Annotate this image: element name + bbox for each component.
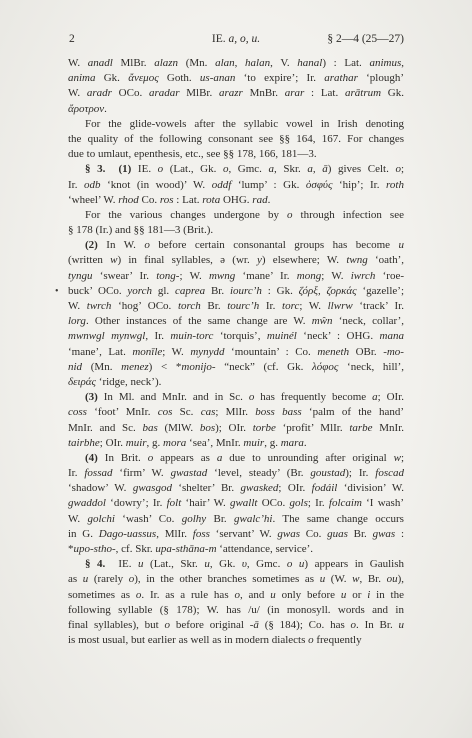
text-line: following syllable (§ 178); W. has /u/ (… — [68, 603, 404, 618]
text-line: Ir. odb ‘knot (in wood)’ W. oddf ‘lump’ … — [68, 178, 404, 193]
text-line: § 178 (Ir.) and §§ 181—3 (Brit.). — [68, 223, 404, 238]
paragraph: § 4. IE. u (Lat., Skr. u, Gk. υ, Gmc. o … — [68, 557, 404, 648]
page-body: W. anadl MlBr. alazn (Mn. alan, halan, V… — [68, 56, 404, 648]
text-line: Ir. fossad ‘firm’ W. gwastad ‘level, ste… — [68, 466, 404, 481]
text-line: (written w) in final syllables, ə (wr. y… — [68, 253, 404, 268]
text-line: as u (rarely o), in the other branches s… — [68, 572, 404, 587]
text-line: W. anadl MlBr. alazn (Mn. alan, halan, V… — [68, 56, 404, 71]
text-line: *upo-stho-, cf. Skr. upa-sthāna-m ‘atten… — [68, 542, 404, 557]
text-line: ‘mane’, Lat. monīle; W. mynydd ‘mountain… — [68, 345, 404, 360]
paragraph: (2) In W. o before certain consonantal g… — [68, 238, 404, 390]
text-line: § 3. (1) IE. o (Lat., Gk. o, Gmc. a, Skr… — [68, 162, 404, 177]
text-line: MnIr. and Sc. bas (MlW. bos); OIr. torbe… — [68, 421, 404, 436]
paragraph: W. anadl MlBr. alazn (Mn. alan, halan, V… — [68, 56, 404, 117]
text-line: in G. Dago-uassus, MlIr. foss ‘servant’ … — [68, 527, 404, 542]
text-line: § 4. IE. u (Lat., Skr. u, Gk. υ, Gmc. o … — [68, 557, 404, 572]
text-line: coss ‘foot’ MnIr. cos Sc. cas; MlIr. bos… — [68, 405, 404, 420]
text-line: ἄροτρον. — [68, 102, 404, 117]
paragraph: (4) In Brit. o appears as a due to unrou… — [68, 451, 404, 557]
text-line: For the various changes undergone by o t… — [68, 208, 404, 223]
paragraph: For the glide-vowels after the syllabic … — [68, 117, 404, 163]
text-line: ‘wheel’ W. rhod Co. ros : Lat. rota OHG.… — [68, 193, 404, 208]
paragraph: § 3. (1) IE. o (Lat., Gk. o, Gmc. a, Skr… — [68, 162, 404, 208]
text-line: the quality of the following consonant s… — [68, 132, 404, 147]
text-line: due to umlaut, epenthesis, etc., see §§ … — [68, 147, 404, 162]
paragraph: For the various changes undergone by o t… — [68, 208, 404, 238]
running-title-roman: IE. — [212, 33, 229, 45]
text-line: tairbhe; OIr. muir, g. mora ‘sea’, MnIr.… — [68, 436, 404, 451]
text-line: tyngu ‘swear’ Ir. tong-; W. mwng ‘mane’ … — [68, 269, 404, 284]
text-line: nid (Mn. menez) < *monijo- “neck” (cf. G… — [68, 360, 404, 375]
text-line: (4) In Brit. o appears as a due to unrou… — [68, 451, 404, 466]
page-number: 2 — [69, 32, 75, 46]
running-title-italic: a, o, u. — [228, 33, 260, 45]
text-line: anima Gk. ἄνεμος Goth. us-anan ‘to expir… — [68, 71, 404, 86]
paragraph: (3) In Ml. and MnIr. and in Sc. o has fr… — [68, 390, 404, 451]
section-range: § 2—4 (25—27) — [327, 32, 404, 46]
text-line: W. golchi ‘wash’ Co. golhy Br. gwalc’hi.… — [68, 512, 404, 527]
text-line: lorg. Other instances of the same change… — [68, 314, 404, 329]
margin-dot-annotation: • — [55, 284, 59, 299]
text-line: (3) In Ml. and MnIr. and in Sc. o has fr… — [68, 390, 404, 405]
running-title: IE. a, o, u. — [212, 32, 260, 46]
text-line: buck’ OCo. yorch gl. caprea Br. iourc’h … — [68, 284, 404, 299]
text-line: W. twrch ‘hog’ OCo. torch Br. tourc’h Ir… — [68, 299, 404, 314]
text-line: final syllables), but o before original … — [68, 618, 404, 633]
text-line: For the glide-vowels after the syllabic … — [68, 117, 404, 132]
book-page: 2 IE. a, o, u. § 2—4 (25—27) • W. anadl … — [0, 0, 472, 738]
text-line: (2) In W. o before certain consonantal g… — [68, 238, 404, 253]
text-line: is most usual, but earlier as well as in… — [68, 633, 404, 648]
page-header: 2 IE. a, o, u. § 2—4 (25—27) — [68, 32, 404, 47]
text-line: δειράς ‘ridge, neck’). — [68, 375, 404, 390]
text-line: mwnwgl mynwgl, Ir. muin-torc ‘torquis’, … — [68, 329, 404, 344]
text-line: ‘shadow’ W. gwasgod ‘shelter’ Br. gwaske… — [68, 481, 404, 496]
text-line: gwaddol ‘dowry’; Ir. folt ‘hair’ W. gwal… — [68, 496, 404, 511]
text-line: sometimes as o. Ir. as a rule has o, and… — [68, 588, 404, 603]
text-line: W. aradr OCo. aradar MlBr. arazr MnBr. a… — [68, 86, 404, 101]
